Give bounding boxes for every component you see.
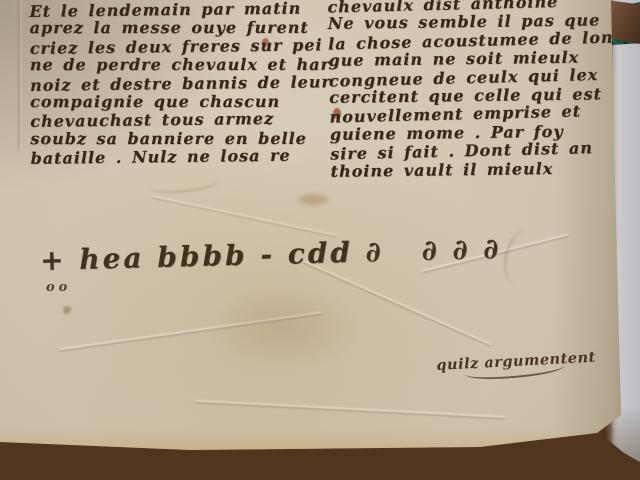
tan-smudge bbox=[205, 285, 365, 370]
parchment-crease bbox=[195, 400, 505, 418]
manuscript-line: bataille . Nulz ne losa re bbox=[30, 146, 335, 168]
manuscript-line: thoine vault il mieulx bbox=[330, 159, 620, 181]
ink-flourish-faint bbox=[498, 224, 551, 292]
manuscript-photo: Et le lendemain par matin aprez la messe… bbox=[0, 0, 640, 480]
ink-stain bbox=[63, 306, 71, 314]
text-column-left: Et le lendemain par matin aprez la messe… bbox=[29, 0, 335, 168]
parchment-crease bbox=[18, 0, 20, 150]
pen-trial-marks-below: oo bbox=[46, 280, 71, 295]
parchment-page: Et le lendemain par matin aprez la messe… bbox=[0, 0, 640, 480]
smudge-stain bbox=[298, 194, 328, 205]
ink-showthrough bbox=[149, 172, 220, 195]
manuscript-line: compaignie que chascun bbox=[30, 93, 335, 112]
text-column-right: chevaulx dist anthoine Ne vous semble il… bbox=[327, 0, 620, 182]
pen-trials-line: + hea bbbb - cdd ∂ ∂ ∂ ∂ bbox=[40, 232, 502, 277]
